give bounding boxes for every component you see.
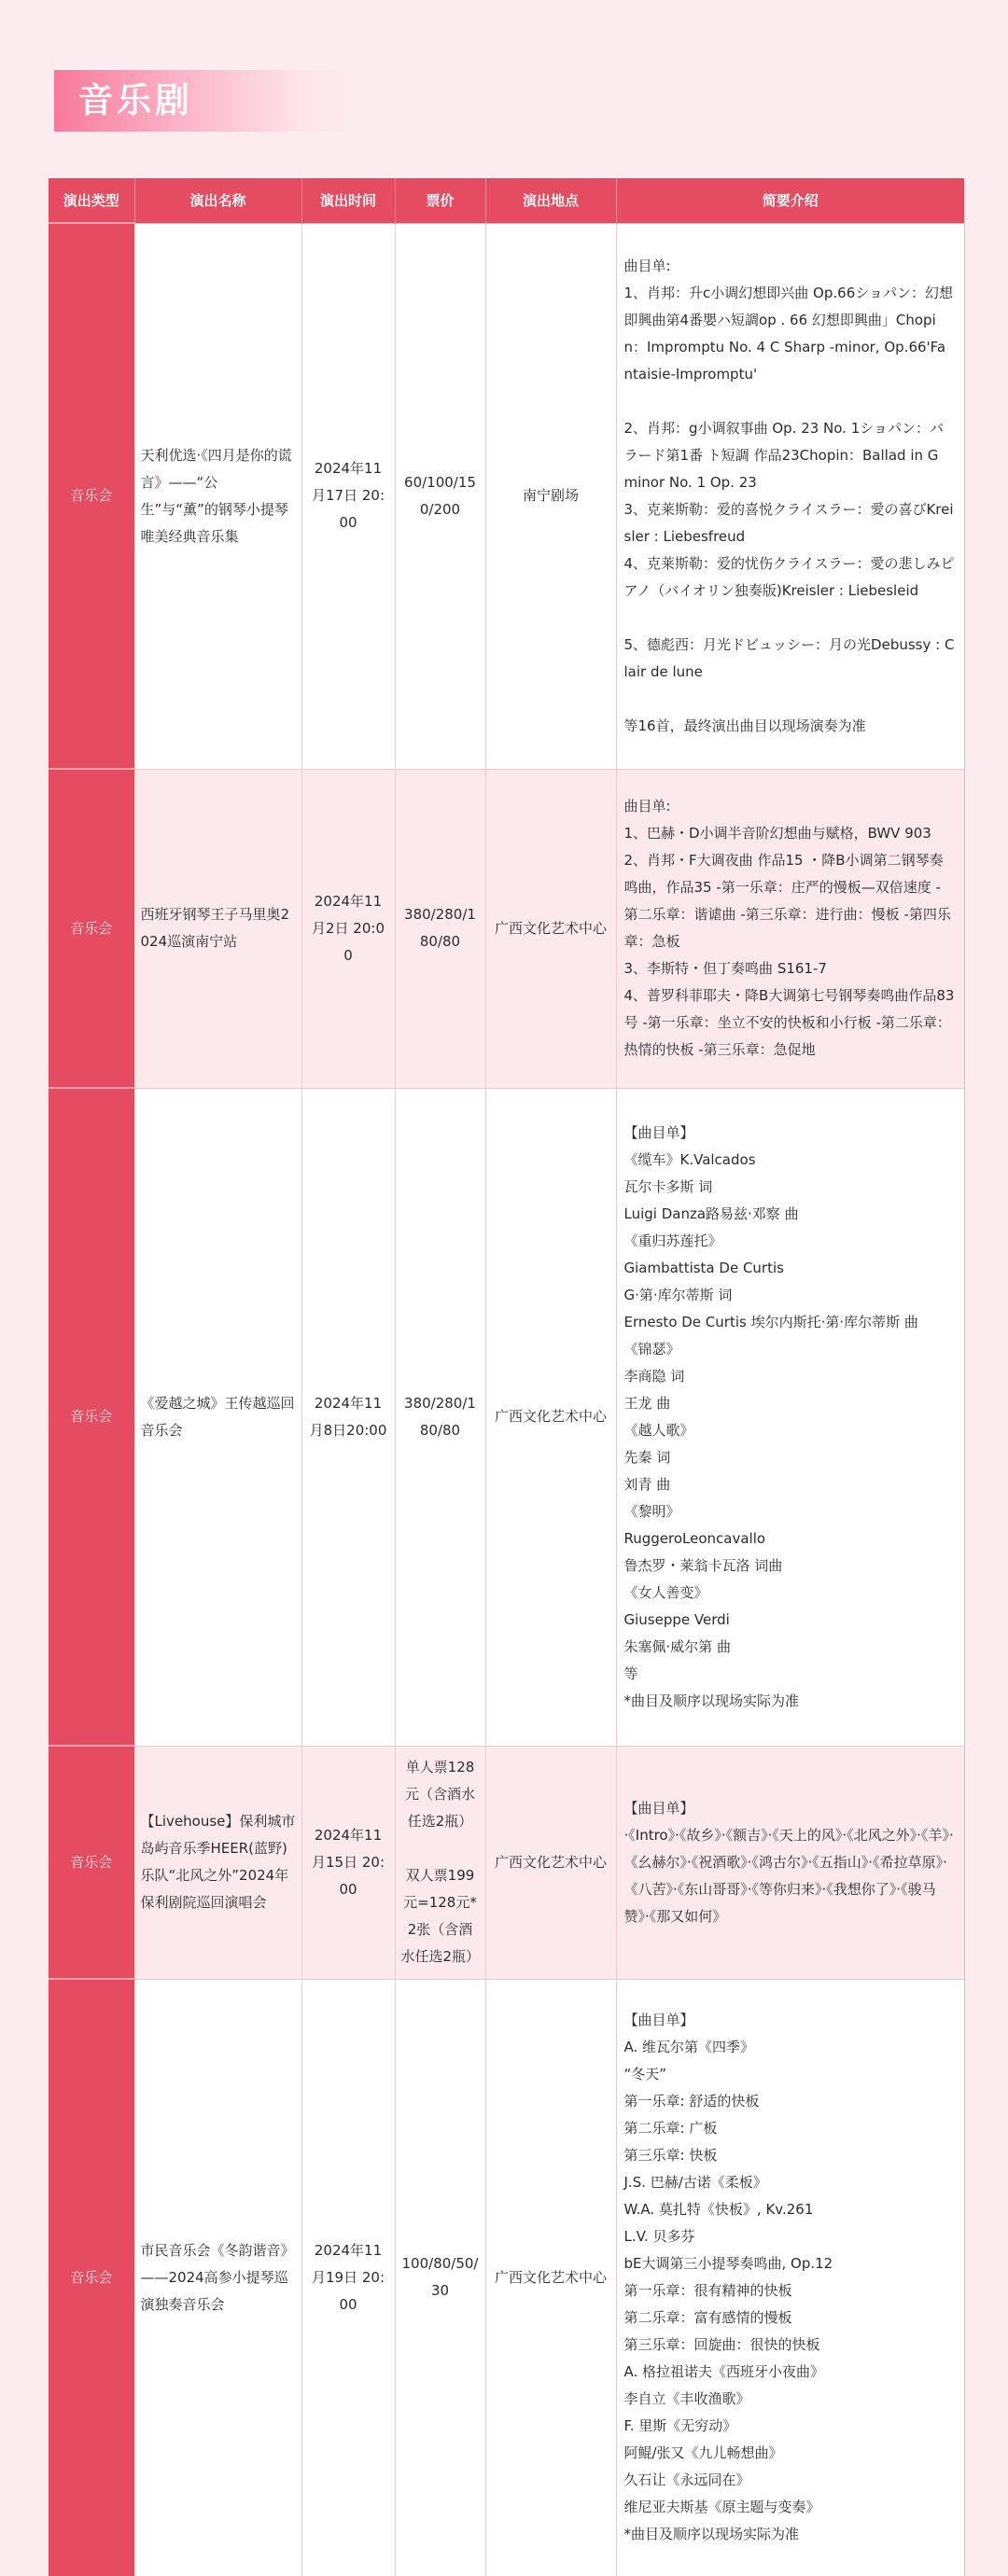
description-line: 第二乐章: 广板 [624,2115,955,2142]
description-line: A. 维瓦尔第《四季》 [624,2034,955,2061]
cell-name: 西班牙钢琴王子马里奥2024巡演南宁站 [134,769,301,1088]
description-line: 1、巴赫・D小调半音阶幻想曲与赋格，BWV 903 [624,820,955,847]
description-line: ·《Intro》·《故乡》·《额吉》·《天上的风》·《北风之外》·《羊》·《幺赫… [624,1822,955,1930]
description-line: A. 格拉祖诺夫《西班牙小夜曲》 [624,2359,955,2386]
description-line: 第二乐章：富有感情的慢板 [624,2304,955,2332]
description-line: 《缆车》K.Valcados [624,1147,955,1174]
header-time: 演出时间 [301,178,395,223]
cell-venue: 广西文化艺术中心 [485,1088,616,1746]
description-line [624,388,955,415]
description-line: 《越人歌》 [624,1417,955,1444]
cell-time: 2024年11月19日 20:00 [301,1979,395,2565]
cell-type: 音乐会 [49,1746,134,1979]
cell-price: 380/280/180/80 [395,769,485,1088]
cell-venue: 南宁剧场 [485,223,616,769]
cell-name: 【Livehouse】保利城市岛屿音乐季HEER(蓝野)乐队“北风之外”2024… [134,1746,301,1979]
description-line: Giuseppe Verdi [624,1607,955,1634]
description-line: 4、克莱斯勒：爱的忧伤クライスラー：愛の悲しみピアノ（バイオリン独奏版)Krei… [624,550,955,605]
cell-name: 天利优选·《四月是你的谎言》——“公生”与“薰”的钢琴小提琴唯美经典音乐集 [134,223,301,769]
description-line: Ernesto De Curtis 埃尔内斯托·第·库尔蒂斯 曲 [624,1309,955,1336]
description-line: “冬天” [624,2061,955,2088]
cell-description: 【曲目单】 A. 维瓦尔第《四季》 “冬天” 第一乐章: 舒适的快板 第二乐章:… [616,1979,964,2565]
description-line: Giambattista De Curtis [624,1255,955,1282]
description-line: 维尼亚夫斯基《原主题与变奏》 [624,2494,955,2521]
description-line: 李自立《丰收渔歌》 [624,2386,955,2413]
cell-price: 单人票128元（含酒水任选2瓶） 双人票199元=128元*2张（含酒水任选2瓶… [395,1746,485,1979]
cell-description: 【曲目单】 《缆车》K.Valcados 瓦尔卡多斯 词 Luigi Danza… [616,1088,964,1746]
section-title: 音乐剧 [78,78,193,123]
price-line [401,1835,480,1862]
cell-time: 2024年11月17日 20:00 [301,223,395,769]
description-line: 朱塞佩·威尔第 曲 [624,1634,955,1661]
description-line: 先秦 词 [624,1444,955,1471]
cell-time: 2024年11月2日 20:00 [301,769,395,1088]
description-line: L.V. 贝多芬 [624,2223,955,2250]
cell-name: 《爱越之城》王传越巡回音乐会 [134,1088,301,1746]
description-line: bE大调第三小提琴奏鸣曲, Op.12 [624,2250,955,2277]
description-line: 【曲目单】 [624,1795,955,1822]
description-line: 1、肖邦：升c小调幻想即兴曲 Op.66ショパン：幻想即興曲第4番嬰ハ短調op … [624,280,955,388]
header-price: 票价 [395,178,485,223]
description-line: 曲目单: [624,253,955,280]
cell-price: 100/80/50/30 [395,1979,485,2565]
table-row: 音乐会 西班牙钢琴王子马里奥2024巡演南宁站 2024年11月2日 20:00… [49,769,964,1088]
cell-venue: 广西文化艺术中心 [485,1979,616,2565]
description-line: 曲目单: [624,793,955,820]
cell-price: 380/280/180/80 [395,1088,485,1746]
cell-name: 市民音乐会《冬韵谐音》——2024高参小提琴巡演独奏音乐会 [134,1979,301,2565]
description-line [624,605,955,632]
description-line: 第三乐章：回旋曲：很快的快板 [624,2332,955,2359]
description-line: 2、肖邦：g小调叙事曲 Op. 23 No. 1ショパン：バラード第1番 ト短調… [624,415,955,496]
description-line: 第一乐章：很有精神的快板 [624,2277,955,2304]
table-row: 音乐会 天利优选·《四月是你的谎言》——“公生”与“薰”的钢琴小提琴唯美经典音乐… [49,223,964,769]
performance-schedule-table: 演出类型 演出名称 演出时间 票价 演出地点 简要介绍 音乐会 天利优选·《四月… [49,178,965,2565]
description-line [624,686,955,713]
cell-price: 60/100/150/200 [395,223,485,769]
description-line: 《锦瑟》 [624,1336,955,1363]
cell-venue: 广西文化艺术中心 [485,769,616,1088]
table-row: 音乐会 《爱越之城》王传越巡回音乐会 2024年11月8日20:00 380/2… [49,1088,964,1746]
price-line: 单人票128元（含酒水任选2瓶） [401,1754,480,1835]
description-line: 4、普罗科菲耶夫・降B大调第七号钢琴奏鸣曲作品83号 -第一乐章：坐立不安的快板… [624,982,955,1064]
price-line: 双人票199元=128元*2张（含酒水任选2瓶） [401,1862,480,1970]
description-line: 《黎明》 [624,1498,955,1525]
description-line: W.A. 莫扎特《快板》, Kv.261 [624,2196,955,2223]
description-line: RuggeroLeoncavallo [624,1525,955,1553]
header-description: 简要介绍 [616,178,964,223]
description-line: F. 里斯《无穷动》 [624,2413,955,2440]
cell-description: 【曲目单】 ·《Intro》·《故乡》·《额吉》·《天上的风》·《北风之外》·《… [616,1746,964,1979]
description-line: 《女人善变》 [624,1580,955,1607]
description-line: 3、李斯特・但丁奏鸣曲 S161-7 [624,955,955,982]
description-line: 久石让《永远同在》 [624,2467,955,2494]
description-line: 阿鲲/张又《九儿畅想曲》 [624,2440,955,2467]
description-line: J.S. 巴赫/古诺《柔板》 [624,2169,955,2196]
description-line: 瓦尔卡多斯 词 [624,1174,955,1201]
table-header-row: 演出类型 演出名称 演出时间 票价 演出地点 简要介绍 [49,178,964,223]
description-line: 【曲目单】 [624,1120,955,1147]
description-line: 等16首，最终演出曲目以现场演奏为准 [624,713,955,740]
cell-type: 音乐会 [49,769,134,1088]
description-line: 鲁杰罗・莱翁卡瓦洛 词曲 [624,1553,955,1580]
cell-description: 曲目单: 1、肖邦：升c小调幻想即兴曲 Op.66ショパン：幻想即興曲第4番嬰ハ… [616,223,964,769]
description-line: *曲目及顺序以现场实际为准 [624,2521,955,2548]
cell-description: 曲目单: 1、巴赫・D小调半音阶幻想曲与赋格，BWV 903 2、肖邦・F大调夜… [616,769,964,1088]
description-line: 《重归苏莲托》 [624,1228,955,1255]
table-row: 音乐会 【Livehouse】保利城市岛屿音乐季HEER(蓝野)乐队“北风之外”… [49,1746,964,1979]
description-line: Luigi Danza路易兹·邓察 曲 [624,1201,955,1228]
description-line: 3、克莱斯勒：爱的喜悦クライスラー：愛の喜びKreisler : Liebesf… [624,496,955,550]
description-line: 等 [624,1661,955,1688]
description-line: 第一乐章: 舒适的快板 [624,2088,955,2115]
description-line: *曲目及顺序以现场实际为准 [624,1688,955,1715]
cell-venue: 广西文化艺术中心 [485,1746,616,1979]
description-line: 刘青 曲 [624,1471,955,1498]
description-line: G·第·库尔蒂斯 词 [624,1282,955,1309]
description-line: 2、肖邦・F大调夜曲 作品15 ・降B小调第二钢琴奏鸣曲，作品35 -第一乐章：… [624,847,955,955]
description-line: 第三乐章: 快板 [624,2142,955,2169]
description-line: 【曲目单】 [624,2007,955,2034]
cell-time: 2024年11月8日20:00 [301,1088,395,1746]
table-row: 音乐会 市民音乐会《冬韵谐音》——2024高参小提琴巡演独奏音乐会 2024年1… [49,1979,964,2565]
header-name: 演出名称 [134,178,301,223]
cell-time: 2024年11月15日 20:00 [301,1746,395,1979]
description-line: 王龙 曲 [624,1390,955,1417]
description-line: 李商隐 词 [624,1363,955,1390]
cell-type: 音乐会 [49,1088,134,1746]
description-line: 5、德彪西：月光ドビュッシー：月の光Debussy : Clair de lun… [624,632,955,686]
cell-type: 音乐会 [49,1979,134,2565]
header-venue: 演出地点 [485,178,616,223]
cell-type: 音乐会 [49,223,134,769]
header-type: 演出类型 [49,178,134,223]
